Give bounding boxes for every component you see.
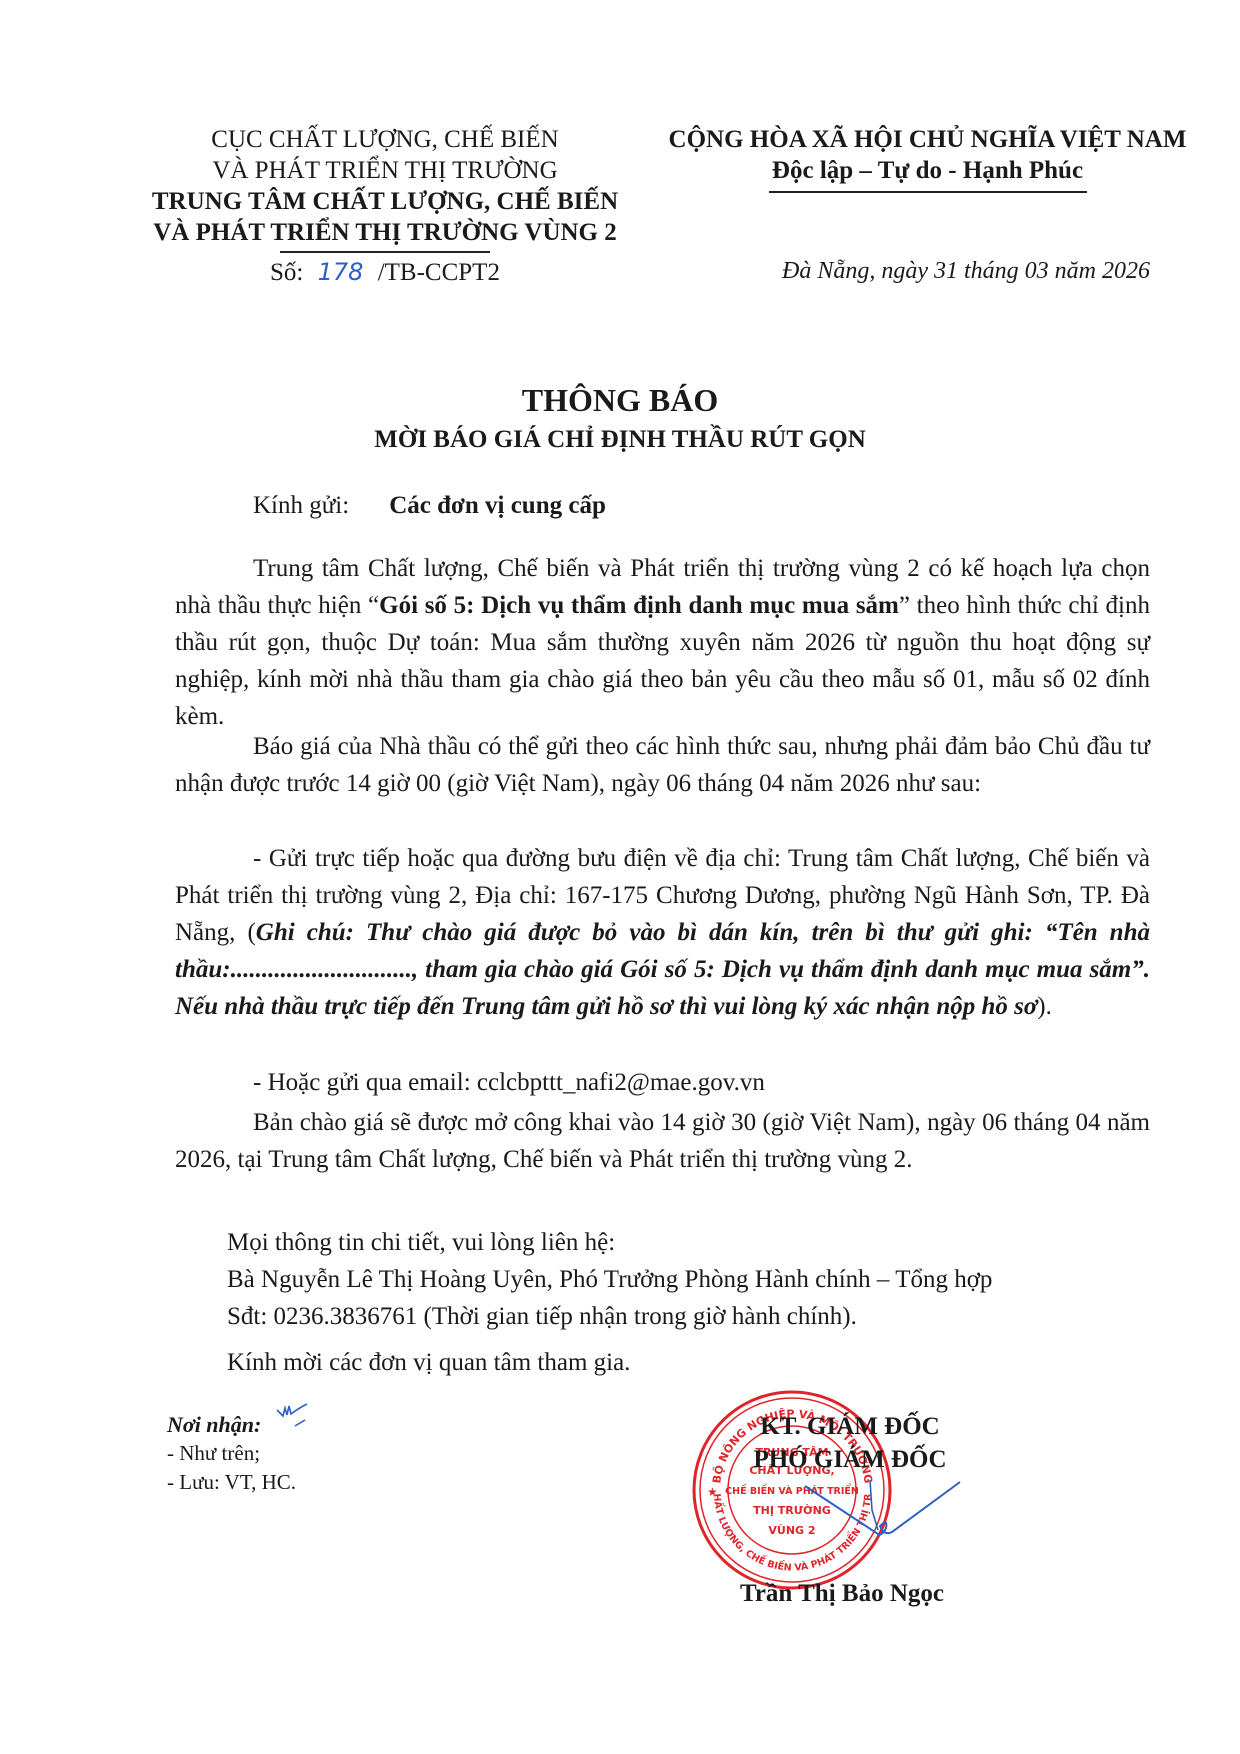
initial-mark-icon bbox=[275, 1402, 320, 1432]
signature-block: KT. GIÁM ĐỐC PHÓ GIÁM ĐỐC bbox=[700, 1410, 1000, 1476]
center-line-1: TRUNG TÂM CHẤT LƯỢNG, CHẾ BIẾN bbox=[130, 186, 640, 217]
document-number: Số: 178 /TB-CCPT2 bbox=[130, 257, 640, 288]
submission-text: Báo giá của Nhà thầu có thể gửi theo các… bbox=[175, 728, 1150, 802]
paragraph-opening: Bản chào giá sẽ được mở công khai vào 14… bbox=[175, 1104, 1150, 1178]
svg-text:★: ★ bbox=[707, 1485, 718, 1499]
recipient-line: Kính gửi:Các đơn vị cung cấp bbox=[253, 492, 606, 520]
opening-text: Bản chào giá sẽ được mở công khai vào 14… bbox=[175, 1104, 1150, 1178]
recipient-item: - Như trên; bbox=[167, 1439, 296, 1468]
document-number-label: Số: bbox=[270, 259, 303, 286]
center-line-2: VÀ PHÁT TRIỂN THỊ TRƯỜNG VÙNG 2 bbox=[130, 217, 640, 248]
closing-text: Kính mời các đơn vị quan tâm tham gia. bbox=[175, 1344, 1150, 1381]
signature-title-1: KT. GIÁM ĐỐC bbox=[700, 1410, 1000, 1443]
signature-title-2: PHÓ GIÁM ĐỐC bbox=[700, 1443, 1000, 1476]
paragraph-contact: Mọi thông tin chi tiết, vui lòng liên hệ… bbox=[175, 1224, 1150, 1335]
package-name: Gói số 5: Dịch vụ thẩm định danh mục mua… bbox=[379, 592, 899, 619]
recipient-label: Kính gửi: bbox=[253, 492, 349, 519]
signer-name: Trần Thị Bảo Ngọc bbox=[740, 1580, 944, 1608]
agency-line-2: VÀ PHÁT TRIỂN THỊ TRƯỜNG bbox=[130, 155, 640, 186]
paragraph-submission: Báo giá của Nhà thầu có thể gửi theo các… bbox=[175, 728, 1150, 802]
issuing-agency-header: CỤC CHẤT LƯỢNG, CHẾ BIẾN VÀ PHÁT TRIỂN T… bbox=[130, 124, 640, 288]
country-name: CỘNG HÒA XÃ HỘI CHỦ NGHĨA VIỆT NAM bbox=[645, 124, 1210, 155]
national-motto: Độc lập – Tự do - Hạnh Phúc bbox=[645, 155, 1210, 186]
document-number-suffix: /TB-CCPT2 bbox=[378, 259, 500, 286]
document-title: THÔNG BÁO bbox=[0, 382, 1240, 419]
document-subtitle: MỜI BÁO GIÁ CHỈ ĐỊNH THẦU RÚT GỌN bbox=[0, 426, 1240, 454]
recipient-value: Các đơn vị cung cấp bbox=[349, 492, 606, 519]
address-text-end: ). bbox=[1037, 993, 1052, 1020]
national-header: CỘNG HÒA XÃ HỘI CHỦ NGHĨA VIỆT NAM Độc l… bbox=[645, 124, 1210, 193]
header-right-divider bbox=[769, 191, 1087, 193]
header-left-divider bbox=[280, 251, 490, 253]
paragraph-closing: Kính mời các đơn vị quan tâm tham gia. bbox=[175, 1344, 1150, 1381]
note-label: Ghi chú: bbox=[256, 919, 354, 946]
contact-phone: Sđt: 0236.3836761 (Thời gian tiếp nhận t… bbox=[175, 1298, 1150, 1335]
paragraph-direct-submission: - Gửi trực tiếp hoặc qua đường bưu điện … bbox=[175, 840, 1150, 1025]
document-number-handwritten: 178 bbox=[310, 258, 372, 286]
contact-person: Bà Nguyễn Lê Thị Hoàng Uyên, Phó Trưởng … bbox=[175, 1261, 1150, 1298]
place-and-date: Đà Nẵng, ngày 31 tháng 03 năm 2026 bbox=[700, 258, 1150, 285]
paragraph-intro: Trung tâm Chất lượng, Chế biến và Phát t… bbox=[175, 550, 1150, 735]
paragraph-email: - Hoặc gửi qua email: cclcbpttt_nafi2@ma… bbox=[175, 1064, 1150, 1101]
email-text[interactable]: - Hoặc gửi qua email: cclcbpttt_nafi2@ma… bbox=[175, 1064, 1150, 1101]
contact-intro: Mọi thông tin chi tiết, vui lòng liên hệ… bbox=[175, 1224, 1150, 1261]
handwritten-signature-icon bbox=[800, 1480, 990, 1550]
recipient-item: - Lưu: VT, HC. bbox=[167, 1468, 296, 1497]
agency-line-1: CỤC CHẤT LƯỢNG, CHẾ BIẾN bbox=[130, 124, 640, 155]
